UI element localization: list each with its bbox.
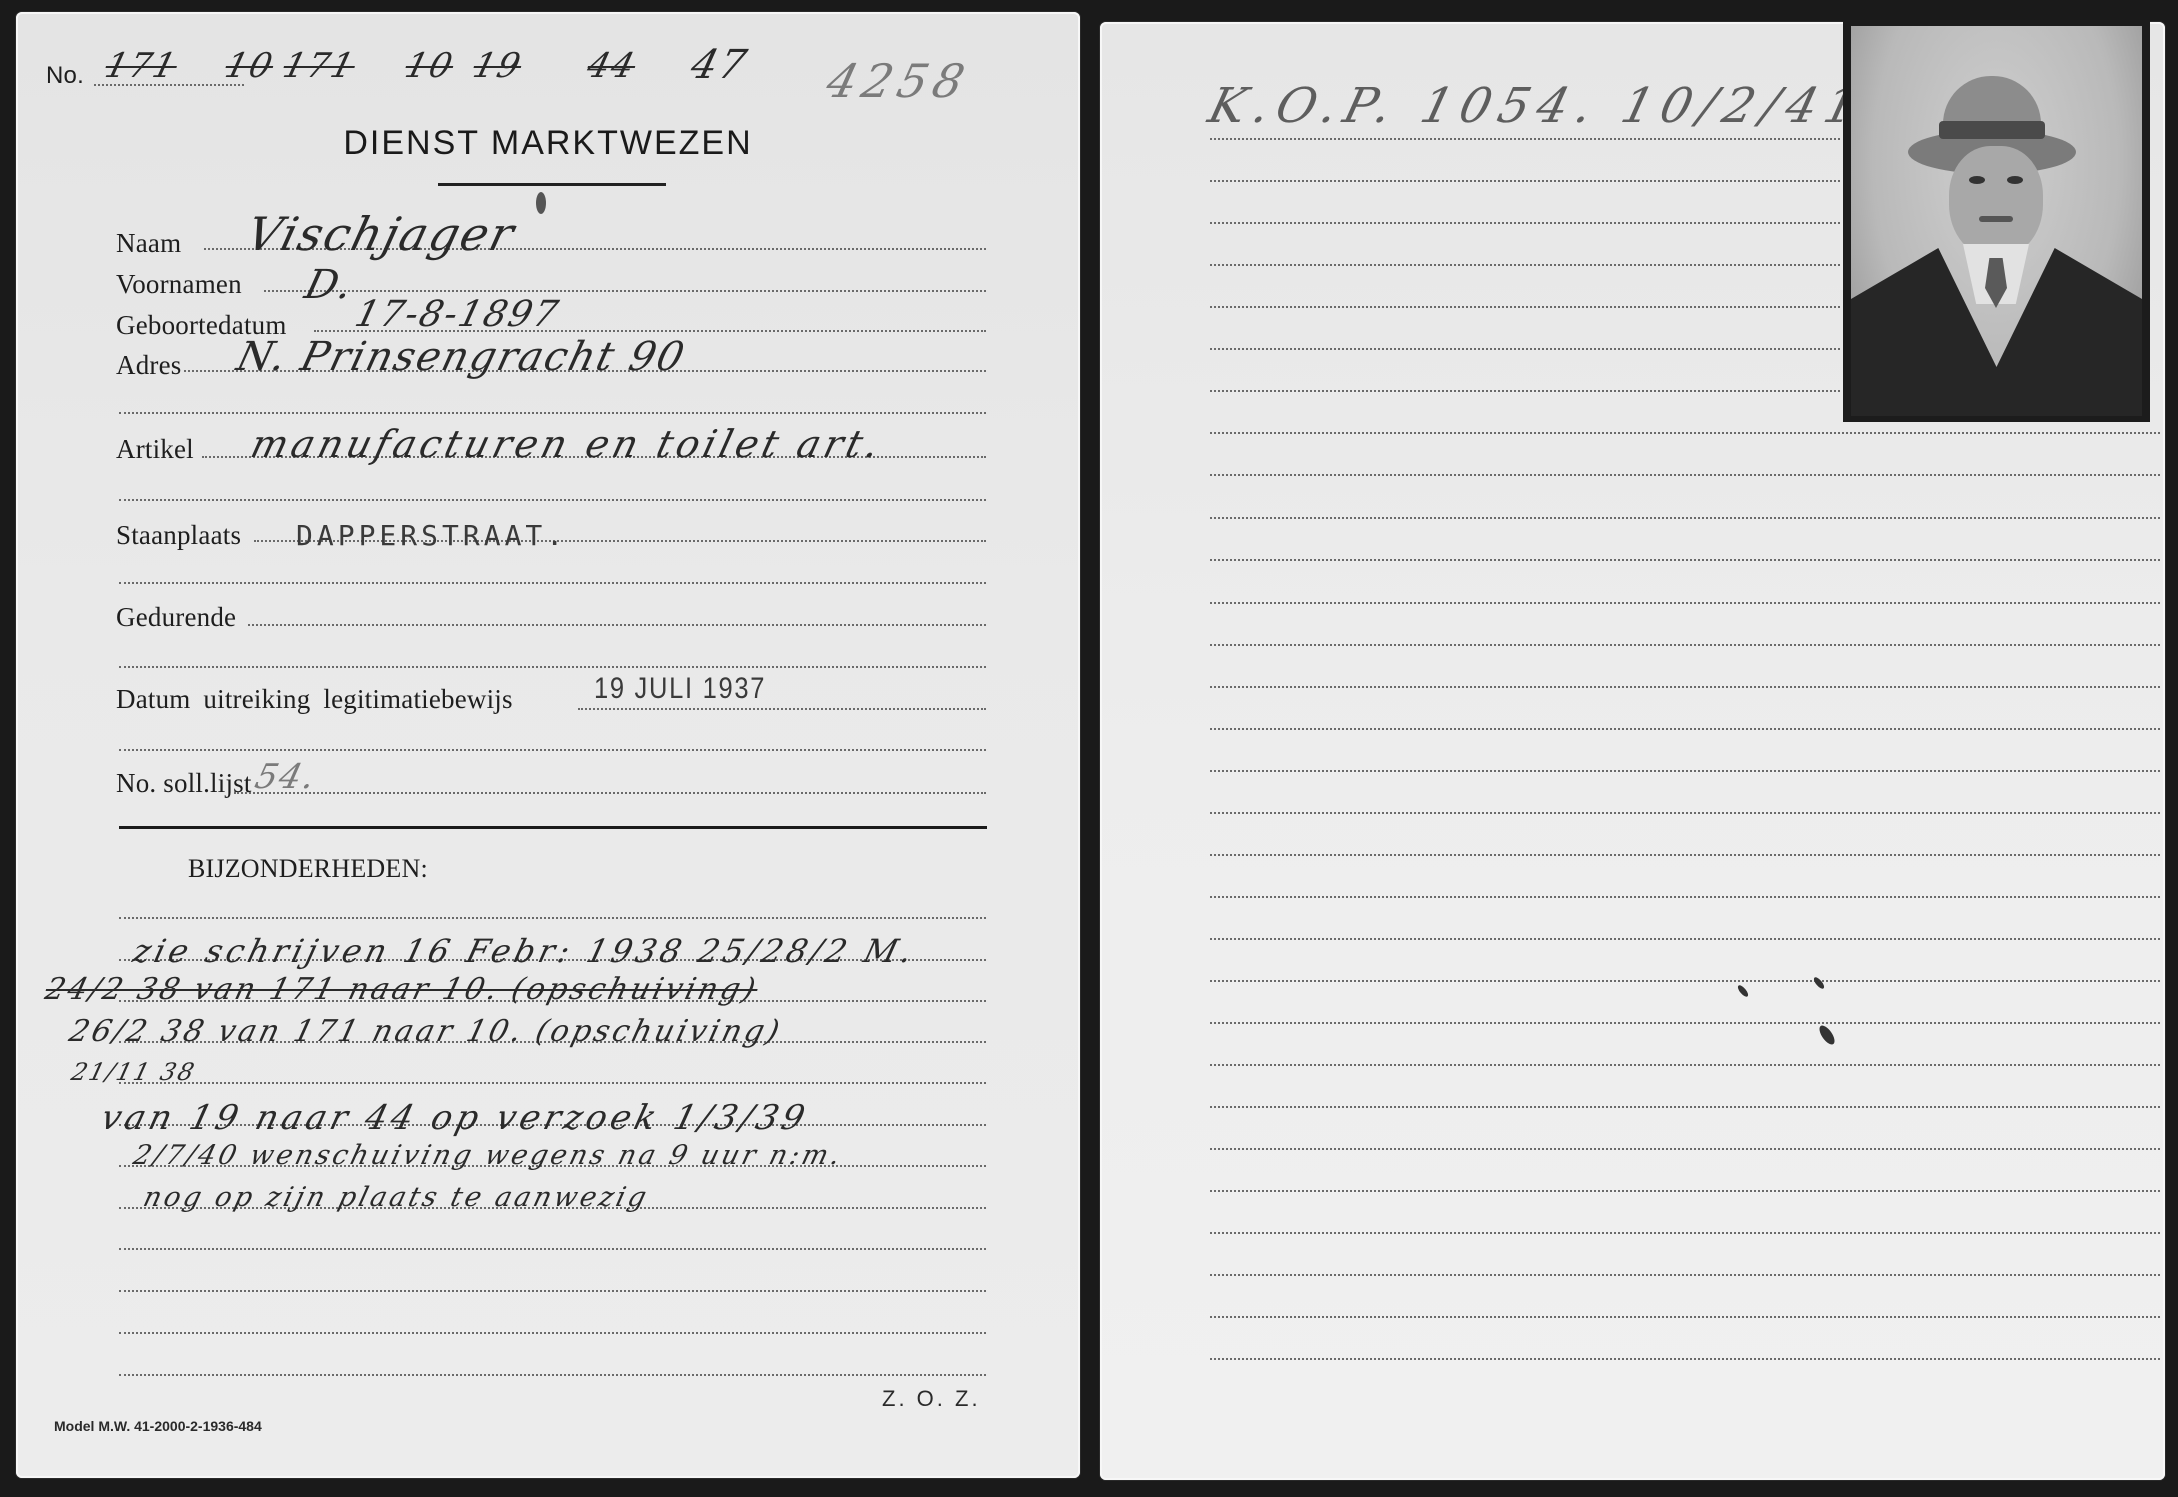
back-line [1210, 1106, 2160, 1108]
ink-mark [1817, 1023, 1838, 1047]
section-rule [119, 826, 987, 829]
blank-line [119, 412, 986, 414]
field-label-adres: Adres [116, 350, 181, 381]
back-line [1210, 1022, 2160, 1024]
portrait-image [1851, 26, 2142, 416]
back-line [1210, 517, 2160, 519]
back-line [1210, 264, 1840, 266]
back-line [1210, 222, 1840, 224]
mouth-shape [1979, 216, 2013, 222]
datum-line [578, 708, 986, 710]
blank-line [119, 499, 986, 501]
notes-line [119, 1374, 986, 1376]
back-line [1210, 980, 2160, 982]
field-value-datum-uitreiking: 19 JULI 1937 [594, 672, 766, 706]
blank-line [119, 582, 986, 584]
notes-line [119, 1290, 986, 1292]
back-line [1210, 138, 1840, 140]
title-rule [438, 183, 666, 186]
back-line [1210, 1232, 2160, 1234]
blank-line [119, 749, 986, 751]
number-current: 47 [686, 42, 752, 88]
back-line [1210, 1064, 2160, 1066]
back-line [1210, 1358, 2160, 1360]
ink-mark [1812, 976, 1826, 991]
back-line [1210, 854, 2160, 856]
registration-card-front: No. 171 10 171 10 19 44 47 4258 DIENST M… [16, 12, 1080, 1478]
field-label-gedurende: Gedurende [116, 602, 236, 633]
field-value-artikel: manufacturen en toilet art. [247, 422, 888, 466]
eye-shape [1969, 176, 1985, 184]
back-line [1210, 390, 1840, 392]
card-title: DIENST MARKTWEZEN [16, 124, 1080, 163]
note-entry-7: nog op zijn plaats te aanwezig [140, 1182, 652, 1213]
back-line [1210, 180, 1840, 182]
back-line [1210, 348, 1840, 350]
back-line [1210, 1274, 2160, 1276]
back-line [1210, 1190, 2160, 1192]
note-entry-3: 26/2 38 van 171 naar 10. (opschuiving) [66, 1014, 786, 1049]
notes-line [119, 1248, 986, 1250]
back-line [1210, 559, 2160, 561]
number-struck-2: 10 [221, 46, 278, 86]
field-value-adres: N. Prinsengracht 90 [232, 334, 690, 380]
model-number: Model M.W. 41-2000-2-1936-484 [54, 1418, 262, 1434]
zoz-label: Z. O. Z. [882, 1386, 981, 1412]
note-entry-2-struck: 24/2 38 van 171 naar 10. (opschuiving) [42, 972, 762, 1007]
back-line [1210, 770, 2160, 772]
back-line [1210, 728, 2160, 730]
notes-line [119, 1332, 986, 1334]
back-line [1210, 1148, 2160, 1150]
eye-shape [2007, 176, 2023, 184]
field-value-no-soll-lijst: 54. [251, 757, 321, 797]
number-struck-3: 171 [279, 46, 360, 86]
gedurende-line [248, 624, 986, 626]
number-struck-6: 44 [583, 46, 640, 86]
note-entry-4: 21/11 38 [69, 1058, 199, 1086]
field-label-voornamen: Voornamen [116, 269, 242, 300]
back-line [1210, 938, 2160, 940]
field-label-no-soll-lijst: No. soll.lijst [116, 768, 252, 799]
note-entry-6: 2/7/40 wenschuiving wegens na 9 uur n:m. [130, 1140, 846, 1171]
field-label-naam: Naam [116, 228, 181, 259]
field-label-datum-uitreiking: Datum uitreiking legitimatiebewijs [116, 684, 513, 715]
back-line [1210, 432, 2160, 434]
field-value-staanplaats: DAPPERSTRAAT. [296, 519, 567, 552]
back-line [1210, 686, 2160, 688]
back-line [1210, 602, 2160, 604]
number-pencil: 4258 [821, 54, 976, 108]
back-line [1210, 306, 1840, 308]
field-value-voornamen: D. [300, 262, 359, 308]
voornamen-line [264, 290, 986, 292]
back-line [1210, 1316, 2160, 1318]
field-label-artikel: Artikel [116, 434, 194, 465]
ink-blot [536, 192, 546, 214]
field-value-naam: Vischjager [241, 207, 521, 261]
face-shape [1949, 146, 2043, 258]
back-line [1210, 644, 2160, 646]
back-line [1210, 812, 2160, 814]
back-line [1210, 474, 2160, 476]
soll-line [234, 792, 986, 794]
field-label-staanplaats: Staanplaats [116, 520, 241, 551]
back-line [1210, 896, 2160, 898]
blank-line [119, 666, 986, 668]
number-struck-1: 171 [101, 46, 182, 86]
hat-band-shape [1939, 121, 2045, 139]
note-entry-5: van 19 naar 44 op verzoek 1/3/39 [97, 1098, 813, 1138]
notes-line [119, 1082, 986, 1084]
portrait-photo [1843, 20, 2150, 422]
notes-line [119, 917, 986, 919]
note-entry-1: zie schrijven 16 Febr: 1938 25/28/2 M. [129, 932, 920, 970]
bijzonderheden-heading: BIJZONDERHEDEN: [188, 854, 428, 884]
number-struck-4: 10 [401, 46, 458, 86]
number-label: No. [46, 62, 84, 90]
field-value-geboortedatum: 17-8-1897 [351, 294, 564, 335]
number-struck-5: 19 [469, 46, 526, 86]
ink-mark [1736, 984, 1750, 999]
